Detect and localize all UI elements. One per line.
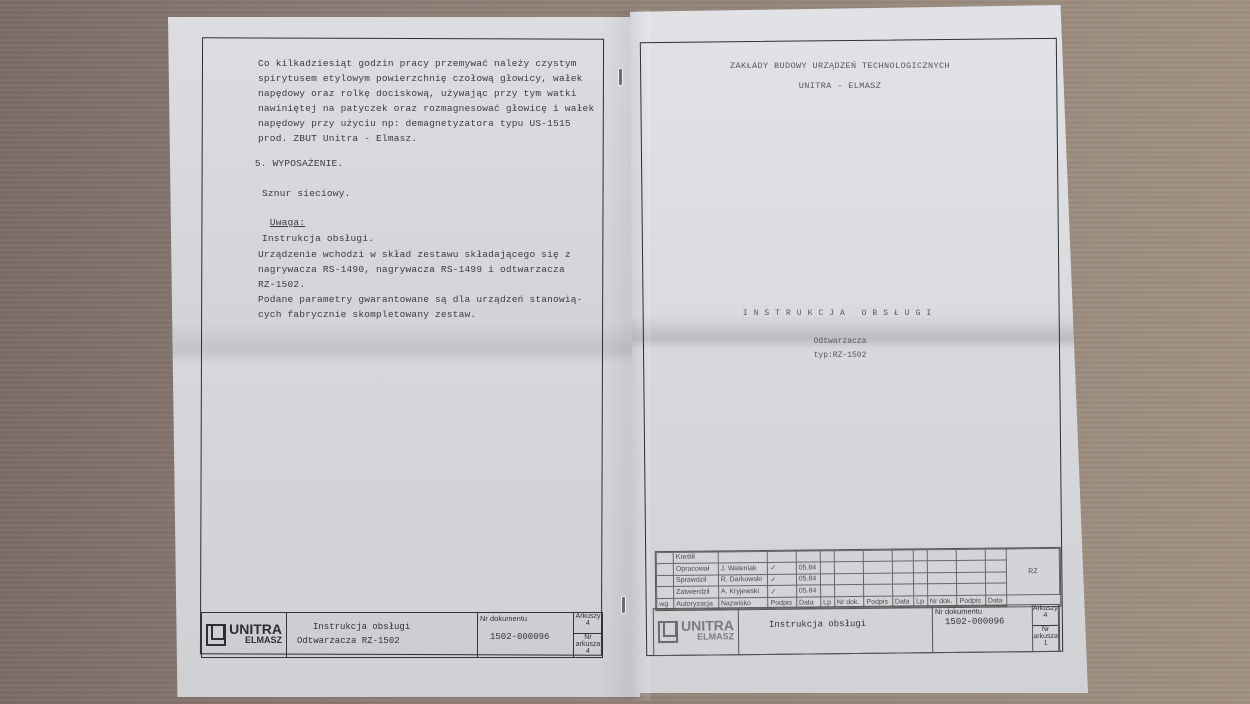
document-title: INSTRUKCJA OBSŁUGI	[700, 309, 980, 318]
sheets-count: Arkuszy4 Nr arkusza1	[1033, 605, 1059, 651]
document-number: Nr dokumentu 1502-000096	[478, 613, 574, 657]
right-title-block: UNITRA ELMASZ Instrukcja obsługi Nr doku…	[653, 604, 1060, 656]
unitra-logo: UNITRA ELMASZ	[202, 613, 287, 657]
staple-top	[618, 68, 623, 86]
unitra-logo-icon	[658, 621, 678, 643]
company-header: ZAKŁADY BUDOWY URZĄDZEŃ TECHNOLOGICZNYCH…	[700, 56, 980, 96]
document-number: Nr dokumentu 1502-000096	[933, 605, 1033, 652]
unitra-logo: UNITRA ELMASZ	[654, 608, 739, 655]
section-heading: 5. WYPOSAŻENIE.	[255, 158, 344, 169]
unitra-logo-icon	[206, 624, 226, 646]
title-block-title: Instrukcja obsługi	[739, 606, 934, 654]
note-heading: Uwaga:	[270, 217, 305, 228]
equipment-item: Sznur sieciowy.	[243, 186, 374, 201]
left-title-block: UNITRA ELMASZ Instrukcja obsługi Odtwarz…	[201, 612, 603, 658]
maintenance-paragraph: Co kilkadziesiąt godzin pracy przemywać …	[258, 56, 594, 146]
title-block-title: Instrukcja obsługi Odtwarzacza RZ-1502	[287, 613, 478, 657]
document-subtitle: Odtwarzacza typ:RZ-1502	[700, 335, 980, 363]
note-block: Uwaga: Urządzenie wchodzi w skład zestaw…	[258, 200, 583, 337]
note-text: Urządzenie wchodzi w skład zestawu skład…	[258, 247, 583, 322]
sheets-count: Arkuszy4 Nr arkusza 4	[574, 613, 602, 657]
staple-bottom	[621, 596, 626, 614]
approvals-table: KreśliłRZOpracowałJ. Waleniak✓05.84Spraw…	[655, 547, 1062, 611]
